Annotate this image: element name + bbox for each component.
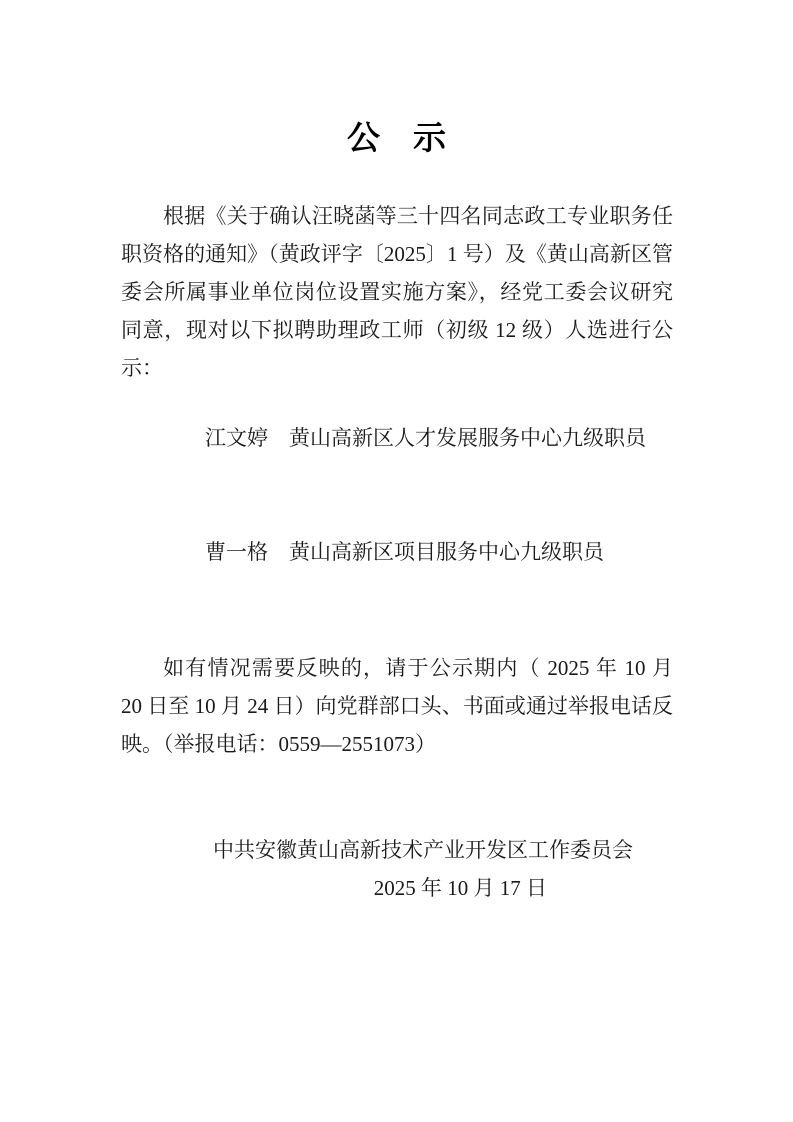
document-page: 公 示 根据《关于确认汪晓菡等三十四名同志政工专业职务任 职资格的通知》（黄政评… xyxy=(0,0,793,1122)
paragraph-basis-line: 职资格的通知》（黄政评字〔2025〕1 号）及《黄山高新区管 xyxy=(121,235,673,273)
candidate-name: 江文婷 xyxy=(205,426,268,450)
candidate-name: 曹一格 xyxy=(205,540,268,564)
page-title: 公 示 xyxy=(0,118,793,160)
candidate-row: 曹一格黄山高新区项目服务中心九级职员 xyxy=(121,495,673,609)
paragraph-basis-line: 根据《关于确认汪晓菡等三十四名同志政工专业职务任 xyxy=(121,197,673,235)
paragraph-basis-line: 委会所属事业单位岗位设置实施方案》，经党工委会议研究 xyxy=(121,273,673,311)
paragraph-basis: 根据《关于确认汪晓菡等三十四名同志政工专业职务任 职资格的通知》（黄政评字〔20… xyxy=(121,197,673,387)
candidate-position: 黄山高新区项目服务中心九级职员 xyxy=(289,540,604,564)
candidate-list: 江文婷黄山高新区人才发展服务中心九级职员 曹一格黄山高新区项目服务中心九级职员 xyxy=(121,381,673,609)
paragraph-feedback-line: 20 日至 10 月 24 日）向党群部口头、书面或通过举报电话反 xyxy=(121,687,673,725)
candidate-position: 黄山高新区人才发展服务中心九级职员 xyxy=(289,426,646,450)
paragraph-feedback-line: 如有情况需要反映的，请于公示期内（ 2025 年 10 月 xyxy=(121,649,673,687)
paragraph-basis-line: 同意，现对以下拟聘助理政工师（初级 12 级）人选进行公 xyxy=(121,311,673,349)
document-body: 根据《关于确认汪晓菡等三十四名同志政工专业职务任 职资格的通知》（黄政评字〔20… xyxy=(121,160,673,907)
issue-date: 2025 年 10 月 17 日 xyxy=(121,869,673,907)
issuer-signature: 中共安徽黄山高新技术产业开发区工作委员会 xyxy=(121,831,673,869)
candidate-row: 江文婷黄山高新区人才发展服务中心九级职员 xyxy=(121,381,673,495)
paragraph-feedback: 如有情况需要反映的，请于公示期内（ 2025 年 10 月 20 日至 10 月… xyxy=(121,649,673,763)
paragraph-feedback-line: 映。（举报电话：0559—2551073） xyxy=(121,725,673,763)
